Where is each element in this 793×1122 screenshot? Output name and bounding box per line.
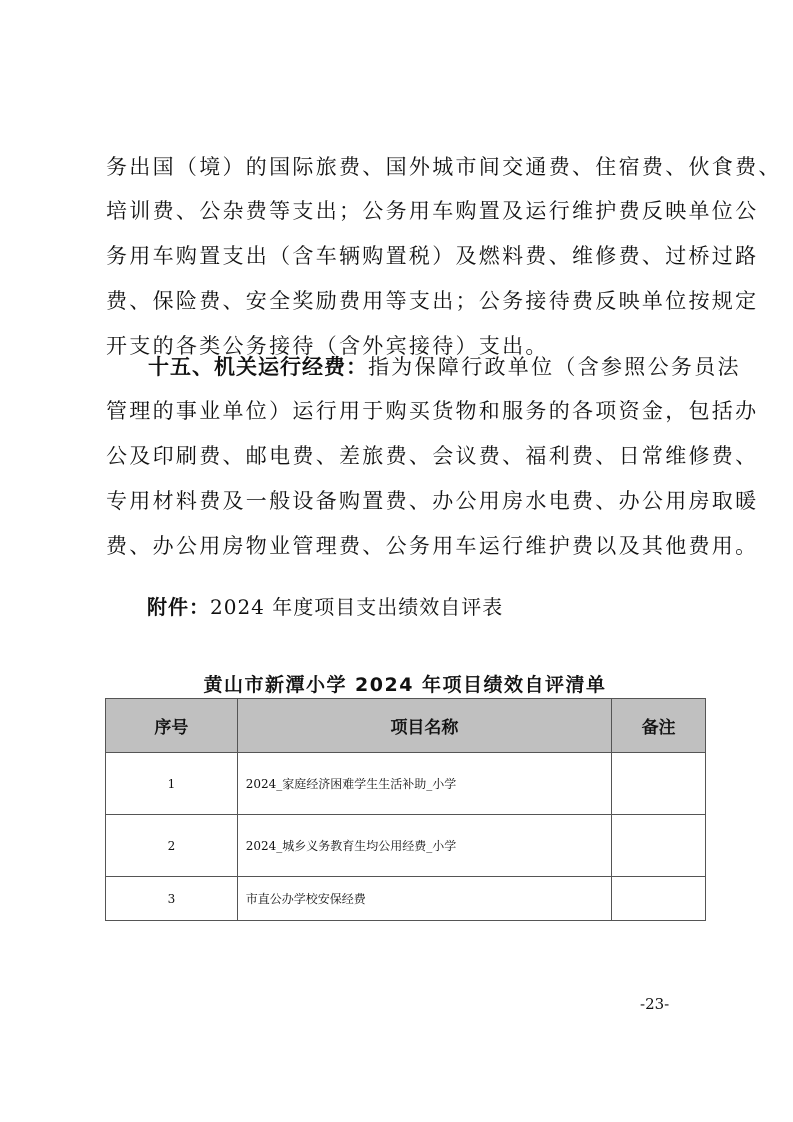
text-line: 专用材料费及一般设备购置费、办公用房水电费、办公用房取暖 bbox=[106, 486, 758, 516]
attachment-text: 2024 年度项目支出绩效自评表 bbox=[210, 595, 503, 619]
cell-number: 3 bbox=[106, 877, 238, 921]
cell-project-name: 2024_家庭经济困难学生生活补助_小学 bbox=[237, 753, 611, 815]
text-line: 务用车购置支出（含车辆购置税）及燃料费、维修费、过桥过路 bbox=[106, 241, 758, 271]
text-line: 费、办公用房物业管理费、公务用车运行维护费以及其他费用。 bbox=[106, 531, 758, 561]
text-line: 培训费、公杂费等支出；公务用车购置及运行维护费反映单位公 bbox=[106, 196, 758, 226]
text-line: 公及印刷费、邮电费、差旅费、会议费、福利费、日常维修费、 bbox=[106, 441, 758, 471]
column-header-number: 序号 bbox=[106, 699, 238, 753]
table-title: 黄山市新潭小学 2024 年项目绩效自评清单 bbox=[105, 670, 705, 697]
project-list-table: 序号 项目名称 备注 1 2024_家庭经济困难学生生活补助_小学 2 2024… bbox=[105, 698, 706, 921]
cell-remarks bbox=[612, 877, 706, 921]
table-header-row: 序号 项目名称 备注 bbox=[106, 699, 706, 753]
cell-remarks bbox=[612, 753, 706, 815]
column-header-project-name: 项目名称 bbox=[237, 699, 611, 753]
column-header-remarks: 备注 bbox=[612, 699, 706, 753]
attachment-line: 附件：2024 年度项目支出绩效自评表 bbox=[147, 591, 503, 620]
table-row: 1 2024_家庭经济困难学生生活补助_小学 bbox=[106, 753, 706, 815]
cell-number: 2 bbox=[106, 815, 238, 877]
cell-number: 1 bbox=[106, 753, 238, 815]
page-number: -23- bbox=[640, 995, 669, 1013]
cell-remarks bbox=[612, 815, 706, 877]
text-line: 十五、机关运行经费：指为保障行政单位（含参照公务员法 bbox=[148, 352, 741, 382]
table-row: 2 2024_城乡义务教育生均公用经费_小学 bbox=[106, 815, 706, 877]
heading-continuation: 指为保障行政单位（含参照公务员法 bbox=[368, 355, 741, 379]
table-row: 3 市直公办学校安保经费 bbox=[106, 877, 706, 921]
attachment-label: 附件： bbox=[147, 595, 210, 619]
text-line: 管理的事业单位）运行用于购买货物和服务的各项资金，包括办 bbox=[106, 396, 758, 426]
cell-project-name: 市直公办学校安保经费 bbox=[237, 877, 611, 921]
text-line: 务出国（境）的国际旅费、国外城市间交通费、住宿费、伙食费、 bbox=[106, 152, 782, 182]
section-heading: 十五、机关运行经费： bbox=[148, 355, 368, 379]
cell-project-name: 2024_城乡义务教育生均公用经费_小学 bbox=[237, 815, 611, 877]
text-line: 费、保险费、安全奖励费用等支出；公务接待费反映单位按规定 bbox=[106, 286, 758, 316]
